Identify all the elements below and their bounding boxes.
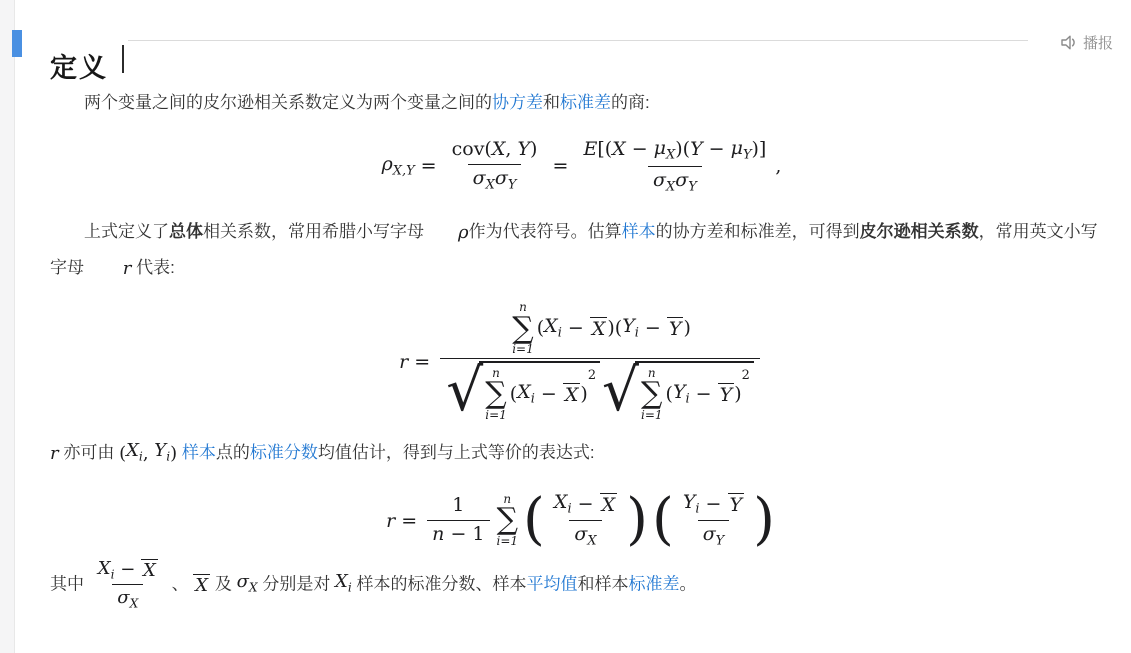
math-token: σ	[473, 167, 486, 189]
math-token: X	[126, 440, 139, 461]
math-token: i=1	[485, 409, 507, 422]
math-sub-group: Xi	[98, 558, 115, 583]
math-sub-group: σY	[495, 167, 517, 194]
section-marker	[12, 30, 22, 57]
math-token: )(	[675, 138, 690, 162]
text-run: 分别是对	[258, 574, 335, 593]
formula-standard-score-form: r = 1n − 1n∑i=1(Xi − XσX)(Yi − YσY)	[386, 489, 777, 551]
inline-link[interactable]: 标准差	[560, 93, 611, 112]
math-overline: X	[193, 574, 210, 596]
math-overline: X	[590, 317, 608, 340]
math-token: Y	[154, 440, 166, 461]
inline-link[interactable]: 样本	[182, 443, 216, 462]
math-token: [(	[597, 138, 612, 162]
math-overline: Y	[718, 383, 735, 406]
math-paren-group: (Yi − YσY)	[652, 489, 775, 551]
math-token: X	[612, 138, 626, 162]
math-fraction: n∑i=1(Xi − X)(Yi − Y)√n∑i=1(Xi − X)2√n∑i…	[440, 299, 760, 424]
math-token: r	[399, 351, 408, 373]
math-token: Y	[673, 381, 686, 403]
math-fraction: 1n − 1	[427, 492, 489, 549]
math-token: =	[408, 351, 436, 373]
math-token: Y	[669, 318, 682, 340]
text-run: 和样本	[578, 574, 629, 593]
formula-sample-pearson-coefficient: r = n∑i=1(Xi − X)(Yi − Y)√n∑i=1(Xi − X)2…	[399, 299, 764, 424]
math-sub-group: σY	[703, 523, 725, 550]
fraction-denominator: √n∑i=1(Xi − X)2√n∑i=1(Yi − Y)2	[440, 358, 760, 424]
text-run: 代表:	[131, 258, 174, 277]
math-token: ρ	[382, 153, 393, 175]
text-cursor	[122, 45, 124, 73]
math-token: X	[143, 560, 156, 581]
sigma-symbol: ∑	[485, 380, 506, 409]
radicand: n∑i=1(Yi − Y)2	[635, 361, 754, 422]
fraction-numerator: 1	[447, 492, 469, 520]
inline-link[interactable]: 样本	[622, 222, 656, 241]
fraction-numerator: Xi − X	[549, 489, 622, 520]
math-sub-group: σX	[653, 169, 675, 196]
math-summation: n∑i=1	[641, 367, 663, 422]
math-token: )]	[752, 138, 767, 162]
formula-population-pearson-coefficient: ρX,Y = cov(X, Y)σXσY = E[(X − μX)(Y − μY…	[382, 135, 782, 197]
inline-math: r	[50, 436, 59, 471]
inline-math: r	[89, 251, 132, 286]
math-token: X,Y	[393, 164, 415, 179]
math-token: σ	[574, 523, 587, 545]
math-token: X	[565, 384, 579, 406]
radical-sign: √	[446, 361, 483, 419]
text-run: 样本的标准分数、样本	[352, 574, 527, 593]
math-overline: X	[600, 493, 618, 516]
text-run: 的协方差和标准差，可得到	[656, 222, 860, 241]
text-run: 上式定义了	[84, 222, 169, 241]
math-fraction: Yi − YσY	[678, 489, 749, 551]
math-sub-group: Xi	[544, 315, 562, 342]
math-token: −	[562, 317, 590, 341]
fraction-numerator: n∑i=1(Xi − X)(Yi − Y)	[504, 299, 696, 358]
math-token: −	[626, 138, 654, 162]
inline-math: X	[193, 574, 210, 596]
inline-link[interactable]: 标准差	[629, 574, 680, 593]
fraction-denominator: σY	[698, 520, 730, 552]
math-token: i=1	[497, 535, 519, 548]
math-token: Y	[688, 179, 697, 194]
math-token: n	[432, 523, 444, 547]
fraction-numerator: Yi − Y	[678, 489, 749, 520]
left-paren: (	[523, 495, 545, 545]
math-overline: Y	[728, 493, 745, 516]
math-overline: X	[563, 383, 581, 406]
math-token: σ	[703, 523, 716, 545]
paragraph-1: 两个变量之间的皮尔逊相关系数定义为两个变量之间的协方差和标准差的商:	[50, 85, 1113, 120]
math-token: Y	[743, 148, 752, 163]
bold-run: 皮尔逊相关系数	[860, 222, 979, 241]
left-gutter-strip	[0, 0, 15, 653]
math-sub-group: Xi	[126, 433, 143, 474]
math-token: X	[666, 179, 675, 194]
text-run: 亦可由	[59, 443, 119, 462]
math-sub-group: σX	[574, 523, 596, 550]
math-token: Y	[508, 178, 517, 193]
math-overline: Y	[667, 317, 684, 340]
math-token: Y	[716, 534, 725, 549]
math-token: =	[546, 155, 574, 177]
math-sub-group: σX	[473, 167, 495, 194]
math-token: Y	[690, 138, 703, 162]
math-token: r	[50, 436, 59, 471]
section-divider-line	[128, 40, 1028, 41]
sigma-symbol: ∑	[497, 506, 518, 535]
text-run: 及	[210, 574, 236, 593]
math-square-root: √n∑i=1(Xi − X)2	[446, 361, 600, 422]
math-token: X	[517, 381, 531, 403]
paragraph-4: 其中 Xi − XσX 、 X 及 σX 分别是对 Xi 样本的标准分数、样本平…	[50, 556, 1113, 614]
math-fraction: Xi − XσX	[549, 489, 622, 551]
math-token: i=1	[641, 409, 663, 422]
math-token: ,	[775, 155, 781, 177]
math-token: X	[592, 318, 606, 340]
broadcast-label: 播报	[1083, 32, 1113, 53]
inline-math: Xi − XσX	[89, 556, 167, 614]
math-summation: n∑i=1	[497, 493, 519, 548]
math-sub-group: σX	[237, 564, 258, 605]
math-token: σ	[237, 571, 249, 592]
paragraph-3: r 亦可由 (Xi, Yi) 样本点的标准分数均值估计，得到与上式等价的表达式:	[50, 433, 1113, 474]
math-fraction: Xi − XσX	[93, 556, 163, 614]
math-token: (	[666, 383, 673, 407]
math-sub-group: μY	[731, 137, 752, 164]
math-token: μ	[654, 137, 666, 159]
math-sub-group: Xi	[335, 564, 352, 605]
math-sub-group: Xi	[517, 381, 535, 408]
math-token: )	[530, 138, 537, 162]
fraction-denominator: σX	[112, 584, 143, 614]
math-token: −	[703, 138, 731, 162]
math-token: X	[486, 178, 495, 193]
math-token: i=1	[512, 343, 534, 356]
math-sub-group: Yi	[154, 433, 170, 474]
math-token: X	[544, 315, 558, 337]
math-token: )(	[607, 317, 622, 341]
text-run: 点的	[216, 443, 250, 462]
text-run: 其中	[50, 574, 89, 593]
math-summation: n∑i=1	[485, 367, 507, 422]
math-token: X	[666, 148, 675, 163]
math-sub-group: σY	[675, 169, 697, 196]
inline-math: (Xi, Yi)	[119, 433, 177, 474]
math-sub-group: σX	[117, 587, 138, 612]
math-sub-group: Xi	[554, 491, 572, 518]
math-superscript: 2	[588, 368, 596, 384]
fraction-numerator: Xi − X	[93, 556, 163, 585]
math-token: σ	[653, 169, 666, 191]
math-token: =	[415, 155, 443, 177]
text-run: 两个变量之间的皮尔逊相关系数定义为两个变量之间的	[84, 93, 492, 112]
math-token: −	[690, 383, 718, 407]
math-token: −	[114, 559, 141, 582]
inline-math: Xi	[335, 564, 352, 605]
math-token: ,	[143, 436, 154, 471]
text-run: 、	[167, 574, 193, 593]
sigma-symbol: ∑	[512, 315, 533, 344]
math-token: X	[335, 571, 348, 592]
fraction-numerator: cov(X, Y)	[447, 136, 543, 164]
math-summation: n∑i=1	[512, 301, 534, 356]
broadcast-button[interactable]: 播报	[1054, 31, 1119, 54]
math-token: −	[535, 383, 563, 407]
math-token: σ	[117, 587, 129, 608]
math-superscript: 2	[742, 368, 750, 384]
fraction-denominator: n − 1	[427, 520, 489, 549]
fraction-numerator: E[(X − μX)(Y − μY)]	[578, 135, 771, 166]
text-run: 。	[680, 574, 697, 593]
math-token: )	[683, 317, 690, 341]
math-token: −	[572, 493, 600, 517]
math-token: Y	[622, 315, 635, 337]
math-sub-group: Yi	[673, 381, 690, 408]
math-token: X	[587, 534, 596, 549]
math-token: μ	[731, 137, 743, 159]
bold-run: 总体	[169, 222, 203, 241]
math-token: − 1	[444, 523, 484, 547]
formula-population-pearson: ρX,Y = cov(X, Y)σXσY = E[(X − μX)(Y − μY…	[50, 120, 1113, 214]
inline-link[interactable]: 协方差	[492, 93, 543, 112]
formula-standard-score: r = 1n − 1n∑i=1(Xi − XσX)(Yi − YσY)	[50, 474, 1113, 551]
right-paren: )	[753, 495, 775, 545]
math-token: X	[249, 580, 258, 594]
math-token: X	[602, 494, 616, 516]
text-run: 的商:	[611, 93, 650, 112]
math-overline: X	[141, 559, 158, 581]
math-token: X	[130, 597, 139, 611]
math-token: σ	[675, 169, 688, 191]
inline-math: σX	[237, 564, 258, 605]
text-run: 和	[543, 93, 560, 112]
math-token: E	[583, 138, 597, 162]
math-token: cov(	[452, 138, 492, 162]
math-token: =	[395, 510, 423, 532]
math-sub-group: Yi	[683, 491, 700, 518]
math-token: Y	[730, 494, 743, 516]
radical-sign: √	[602, 361, 639, 419]
text-run: 作为代表符号。估算	[469, 222, 622, 241]
speaker-icon	[1060, 34, 1078, 51]
math-sub-group: Yi	[622, 315, 639, 342]
math-paren-group: (Xi − XσX)	[523, 489, 648, 551]
text-run: 均值估计，得到与上式等价的表达式:	[318, 443, 595, 462]
math-fraction: cov(X, Y)σXσY	[447, 136, 543, 195]
math-token: 1	[452, 494, 464, 518]
inline-math: ρ	[424, 215, 469, 250]
fraction-denominator: σXσY	[648, 166, 702, 198]
math-sub-group: μX	[654, 137, 676, 164]
inline-link[interactable]: 标准分数	[250, 443, 318, 462]
math-token: X	[492, 138, 506, 162]
math-token: )	[580, 383, 587, 407]
math-token: ,	[505, 138, 517, 162]
text-run: 相关系数，常用希腊小写字母	[203, 222, 424, 241]
math-token: −	[639, 317, 667, 341]
formula-sample-pearson: r = n∑i=1(Xi − X)(Yi − Y)√n∑i=1(Xi − X)2…	[50, 286, 1113, 431]
math-token: X	[98, 558, 111, 579]
fraction-denominator: σXσY	[468, 164, 522, 196]
fraction-denominator: σX	[569, 520, 601, 552]
math-token: r	[386, 510, 395, 532]
math-token: Y	[720, 384, 733, 406]
math-token: Y	[517, 138, 530, 162]
inline-link[interactable]: 平均值	[527, 574, 578, 593]
sigma-symbol: ∑	[641, 380, 662, 409]
article-content: 两个变量之间的皮尔逊相关系数定义为两个变量之间的协方差和标准差的商: ρX,Y …	[50, 74, 1113, 614]
math-sub-group: ρX,Y	[382, 153, 415, 179]
math-token: r	[89, 251, 132, 286]
paragraph-2: 上式定义了总体相关系数，常用希腊小写字母ρ作为代表符号。估算样本的协方差和标准差…	[50, 214, 1113, 286]
math-token: X	[195, 575, 208, 596]
math-token: ρ	[424, 215, 469, 250]
right-paren: )	[626, 495, 648, 545]
math-token: −	[700, 493, 728, 517]
radicand: n∑i=1(Xi − X)2	[479, 361, 600, 422]
math-fraction: E[(X − μX)(Y − μY)]σXσY	[578, 135, 771, 197]
math-token: Y	[683, 491, 696, 513]
math-square-root: √n∑i=1(Yi − Y)2	[602, 361, 754, 422]
math-token: X	[554, 491, 568, 513]
left-paren: (	[652, 495, 674, 545]
math-token: )	[734, 383, 741, 407]
math-token: σ	[495, 167, 508, 189]
